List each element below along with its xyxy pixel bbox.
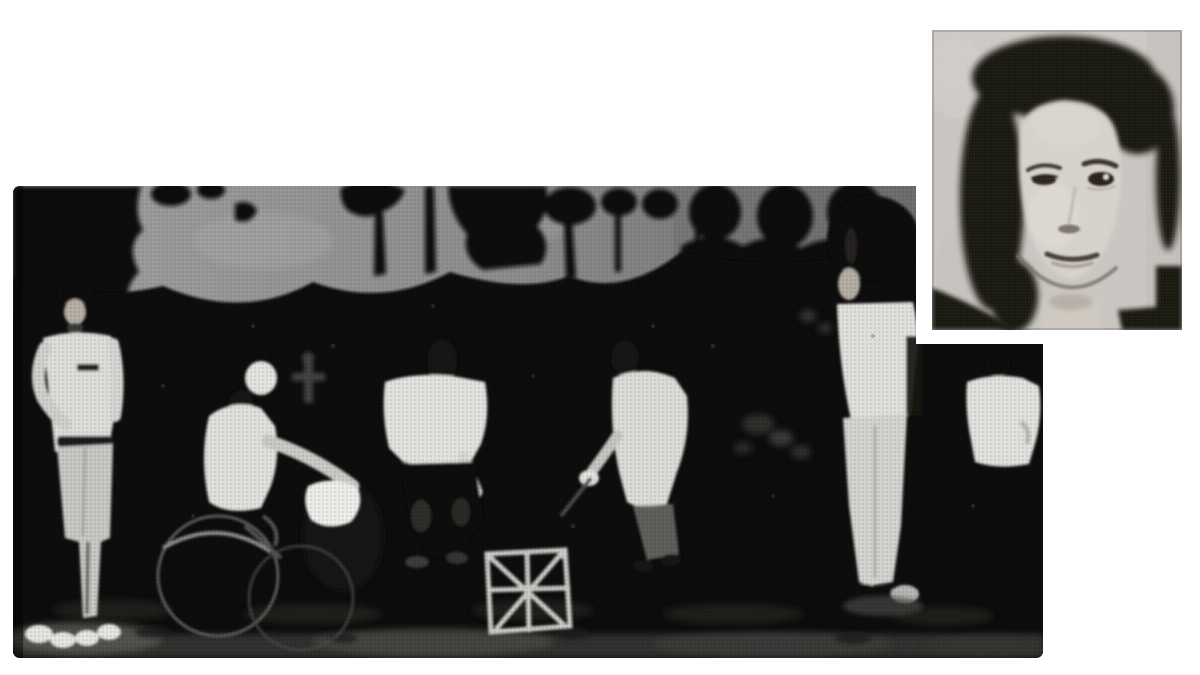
crime-scene-photo — [13, 186, 1043, 658]
figure-head — [986, 350, 1010, 376]
page-background — [0, 0, 1200, 675]
white-cloth — [305, 480, 360, 526]
right-eye — [1088, 172, 1114, 186]
figure-head — [611, 340, 639, 376]
figure-cap — [245, 361, 277, 395]
photo-edge-shadow — [13, 186, 23, 658]
figure-hair — [827, 196, 919, 280]
inset-portrait — [916, 18, 1194, 344]
crime-scene-photo-art — [13, 186, 1043, 658]
figure-face — [838, 268, 860, 300]
figure-shirt — [384, 375, 488, 466]
nose-shadow — [1058, 225, 1080, 234]
figure-shirt — [43, 332, 118, 452]
figure-shirt — [837, 302, 918, 420]
figure-face — [64, 299, 86, 325]
figure-shirt — [204, 404, 277, 510]
inset-portrait-art — [916, 18, 1194, 344]
portrait-image — [926, 30, 1182, 332]
figure-shoe — [25, 625, 53, 643]
figure-shirt — [966, 376, 1040, 467]
